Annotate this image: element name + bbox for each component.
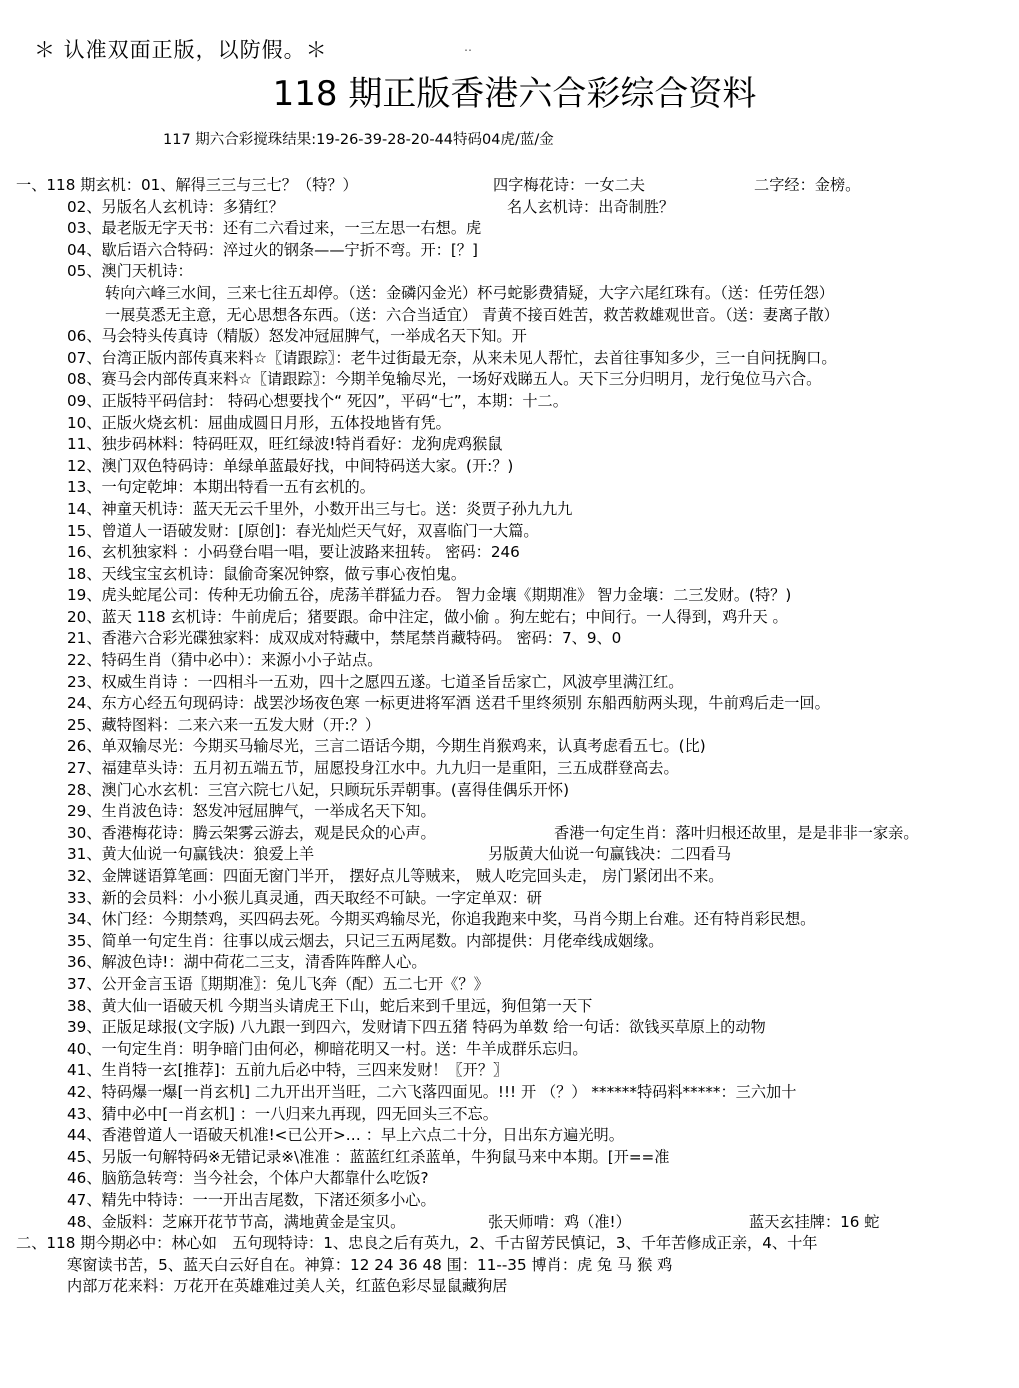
list-item: 36、解波色诗!：湖中荷花二三支，清香阵阵醉人心。: [16, 952, 1016, 974]
hk-zodiac-line: 香港一句定生肖：落叶归根还故里，是是非非一家亲。: [554, 823, 919, 845]
list-item: 08、赛马会内部传真来料☆〖请跟踪〗：今期羊兔输尽光，一场好戏睇五人。天下三分归…: [16, 369, 1016, 391]
section1-line-02: 02、另版名人玄机诗：多猜红？ 名人玄机诗：出奇制胜？: [16, 197, 1016, 219]
list-item: 47、精先中特诗：一一开出吉尾数，下渚还须多小心。: [16, 1190, 1016, 1212]
section2-line: 内部万花来料：万花开在英雄难过美人关，红蓝色彩尽显鼠藏狗居: [16, 1276, 1016, 1298]
poem-line: 转向六峰三水间，三来七往五却停。（送：金磷闪金光）杯弓蛇影费猜疑，大字六尾红珠有…: [16, 283, 1016, 305]
section1-line-48: 48、金版料：芝麻开花节节高，满地黄金是宝贝。 张天师啃：鸡（准!） 蓝天玄挂牌…: [16, 1212, 1016, 1234]
list-item: 18、天线宝宝玄机诗：鼠偷奇案况钟察，做亏事心夜怕鬼。: [16, 564, 1016, 586]
section1-line-31: 31、黄大仙说一句赢钱决：狼爱上羊 另版黄大仙说一句赢钱决：二四看马: [16, 844, 1016, 866]
list-item: 24、东方心经五句现码诗：战罢沙场夜色寒 一标更进将军酒 送君千里终须别 东船西…: [16, 693, 1016, 715]
list-item: 03、最老版无字天书：还有二六看过来，一三左思一右想。虎: [16, 218, 1016, 240]
list-item: 23、权威生肖诗 ：一四相斗一五劝，四十之愿四五遂。七道圣旨岳家亡，风波亭里满江…: [16, 672, 1016, 694]
list-item: 46、脑筋急转弯：当今社会，个体户大都靠什么吃饭?: [16, 1168, 1016, 1190]
section1-line-01: 一、118 期玄机：01、解得三三与三七？（特？） 四字梅花诗：一女二夫 二字经…: [16, 175, 1016, 197]
list-item: 32、金牌谜语算笔画：四面无窗门半开， 摆好点儿等贼来， 贼人吃完回头走， 房门…: [16, 866, 1016, 888]
list-item: 11、独步码林料：特码旺双，旺红绿波!特肖看好：龙狗虎鸡猴鼠: [16, 434, 1016, 456]
item-02: 02、另版名人玄机诗：多猜红？: [67, 198, 284, 216]
notice-banner: ＊ 认准双面正版，以防假。＊: [34, 34, 328, 64]
alt-wong-tai-sin: 另版黄大仙说一句赢钱决：二四看马: [488, 844, 731, 866]
list-item: 06、马会特头传真诗（精版）怒发冲冠屈脾气，一举成名天下知。开: [16, 326, 1016, 348]
list-item: 28、澳门心水玄机：三宫六院七八妃，只顾玩乐弄朝事。(喜得佳偶乐开怀): [16, 780, 1016, 802]
decorative-dots: ‥: [464, 40, 472, 54]
list-item: 07、台湾正版内部传真来料☆〖请跟踪〗：老牛过街最无奈，从来未见人帮忙，去首往事…: [16, 348, 1016, 370]
list-item: 29、生肖波色诗：怒发冲冠屈脾气，一举成名天下知。: [16, 801, 1016, 823]
list-item: 04、歇后语六合特码：淬过火的钢条——宁折不弯。开：[？]: [16, 240, 1016, 262]
item-01: 01、解得三三与三七？（特？）: [141, 176, 358, 194]
list-item: 05、澳门天机诗：: [16, 261, 1016, 283]
list-item: 27、福建草头诗：五月初五端五节，屈愿投身江水中。九九归一是重阳，三五成群登高去…: [16, 758, 1016, 780]
four-char-poem: 四字梅花诗：一女二夫: [493, 175, 645, 197]
page-title: 118 期正版香港六合彩综合资料: [0, 66, 1019, 115]
poem-line: 一展莫悉无主意，无心思想各东西。（送：六合当适宜） 青黄不接百姓苦，救苦救雄观世…: [16, 305, 1016, 327]
section2-line: 二、118 期今期必中：林心如 五句现特诗：1、忠良之后有英九，2、千古留芳民慎…: [16, 1233, 1016, 1255]
section2-line: 寒窗读书苦，5、蓝天白云好自在。神算：12 24 36 48 围：11--35 …: [16, 1255, 1016, 1277]
item-30: 30、香港梅花诗：腾云架雾云游去，观是民众的心声。: [67, 824, 436, 842]
list-item: 38、黄大仙一语破天机 今期当头请虎王下山，蛇后来到千里远，狗但第一天下: [16, 996, 1016, 1018]
list-item: 10、正版火烧玄机：屈曲成圆日月形，五体投地皆有凭。: [16, 413, 1016, 435]
list-item: 42、特码爆一爆[一肖玄机] 二九开出开当旺，二六飞落四面见。!!! 开 （？）…: [16, 1082, 1016, 1104]
item-48: 48、金版料：芝麻开花节节高，满地黄金是宝贝。: [67, 1213, 405, 1231]
list-item: 43、猜中必中[一肖玄机] ：一八归来九再现，四无回头三不忘。: [16, 1104, 1016, 1126]
two-char-classic: 二字经：金榜。: [754, 175, 860, 197]
list-item: 15、曾道人一语破发财：[原创]：春光灿烂天气好，双喜临门一大篇。: [16, 521, 1016, 543]
list-item: 13、一句定乾坤：本期出特看一五有玄机的。: [16, 477, 1016, 499]
list-item: 37、公开金言玉语〖期期准〗：兔儿飞奔（配）五二七开《？》: [16, 974, 1016, 996]
list-item: 41、生肖特一玄[推荐]：五前九后必中特，三四来发财！〖开？〗: [16, 1060, 1016, 1082]
list-item: 39、正版足球报(文字版) 八九跟一到四六，发财请下四五猪 特码为单数 给一句话…: [16, 1017, 1016, 1039]
famous-poem: 名人玄机诗：出奇制胜？: [507, 197, 674, 219]
section1-prefix: 一、118 期玄机：: [16, 176, 141, 194]
list-item: 22、特码生肖（猜中必中）：来源小小子站点。: [16, 650, 1016, 672]
list-item: 12、澳门双色特码诗：单绿单蓝最好找，中间特码送大家。(开:？): [16, 456, 1016, 478]
list-item: 25、藏特图料：二来六来一五发大财（开:？）: [16, 715, 1016, 737]
list-item: 16、玄机独家料 ：小码登台唱一唱，要让波路来扭转。 密码：246: [16, 542, 1016, 564]
document-body: 一、118 期玄机：01、解得三三与三七？（特？） 四字梅花诗：一女二夫 二字经…: [16, 175, 1016, 1298]
blue-sky-plate: 蓝天玄挂牌：16 蛇: [749, 1212, 879, 1234]
list-item: 44、香港曾道人一语破天机准!<已公开>… ：早上六点二十分，日出东方遍光明。: [16, 1125, 1016, 1147]
list-item: 20、蓝天 118 玄机诗：牛前虎后；猪要跟。命中注定，做小偷 。狗左蛇右；中间…: [16, 607, 1016, 629]
list-item: 21、香港六合彩光碟独家料：成双成对特藏中，禁尾禁肖藏特码。 密码：7、9、0: [16, 628, 1016, 650]
list-item: 14、神童天机诗：蓝天无云千里外，小数开出三与七。送：炎贾子孙九九九: [16, 499, 1016, 521]
list-item: 26、单双输尽光：今期买马输尽光，三言二语话今期，今期生肖猴鸡来，认真考虑看五七…: [16, 736, 1016, 758]
list-item: 35、简单一句定生肖：往事以成云烟去，只记三五两尾数。内部提供：月佬牵线成姻缘。: [16, 931, 1016, 953]
item-31: 31、黄大仙说一句赢钱决：狼爱上羊: [67, 845, 314, 863]
last-draw-result: 117 期六合彩搅珠结果:19-26-39-28-20-44特码04虎/蓝/金: [163, 128, 554, 149]
list-item: 40、一句定生肖：明争暗门由何必，柳暗花明又一村。送：牛羊成群乐忘归。: [16, 1039, 1016, 1061]
zhang-tianshi: 张天师啃：鸡（准!）: [488, 1212, 631, 1234]
list-item: 33、新的会员料：小小猴儿真灵通，西天取经不可缺。一字定单双：研: [16, 888, 1016, 910]
section1-line-30: 30、香港梅花诗：腾云架雾云游去，观是民众的心声。 香港一句定生肖：落叶归根还故…: [16, 823, 1016, 845]
list-item: 45、另版一句解特码※无错记录※\准准 ：蓝蓝红红杀蓝单，牛狗鼠马来中本期。[开…: [16, 1147, 1016, 1169]
list-item: 34、休门经：今期禁鸡，买四码去死。今期买鸡输尽光，你追我跑来中奖，马肖今期上台…: [16, 909, 1016, 931]
list-item: 19、虎头蛇尾公司：传种无功偷五谷，虎荡羊群猛力吞。 智力金壤《期期准》 智力金…: [16, 585, 1016, 607]
list-item: 09、正版特平码信封： 特码心想要找个“ 死囚”，平码“七”，本期：十二。: [16, 391, 1016, 413]
